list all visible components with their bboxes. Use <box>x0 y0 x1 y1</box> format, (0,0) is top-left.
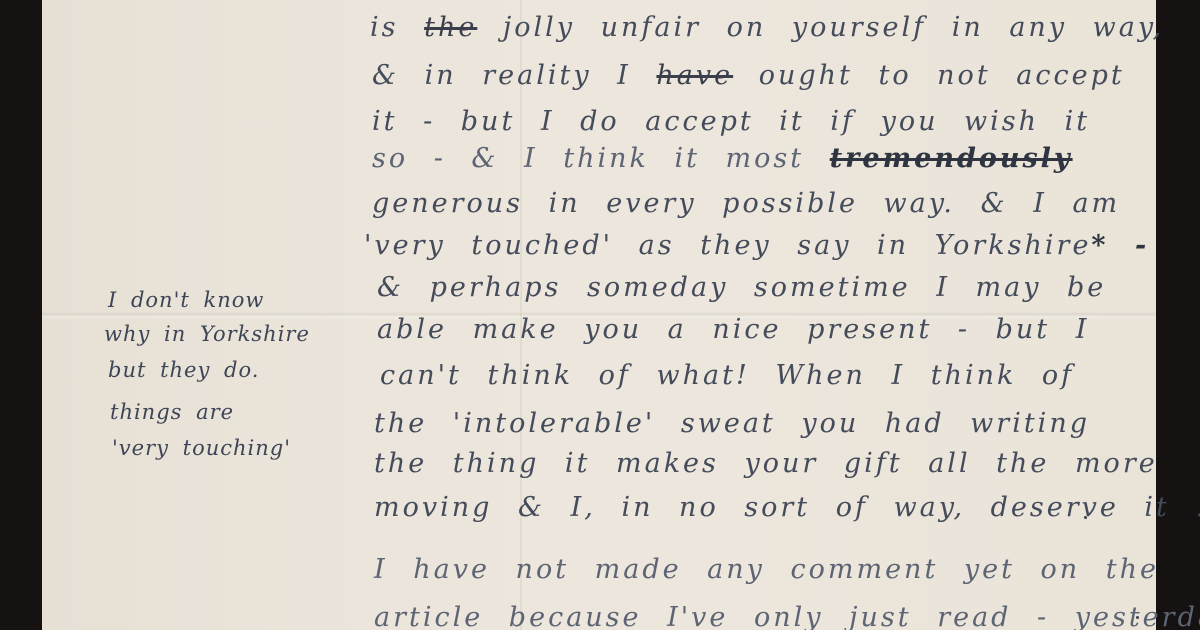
letter-line-11: the thing it makes your gift all the mor… <box>374 450 1158 477</box>
margin-note-line-4: things are <box>110 402 234 423</box>
letter-line-6: 'very touched' as they say in Yorkshire*… <box>364 232 1149 259</box>
struck-word: have <box>656 60 733 91</box>
letter-line-7: & perhaps someday sometime I may be <box>377 274 1106 301</box>
margin-note-line-3: but they do. <box>108 360 259 381</box>
letter-line-12: moving & I, in no sort of way, deserve i… <box>374 494 1200 521</box>
asterisk-mark: * - <box>1091 230 1149 261</box>
letter-line-8: able make you a nice present - but I <box>377 316 1089 343</box>
letter-line-5: generous in every possible way. & I am <box>372 190 1120 217</box>
letter-line-14: article because I've only just read - ye… <box>374 604 1200 630</box>
letter-line-3: it - but I do accept it if you wish it <box>372 108 1090 135</box>
struck-word: the <box>424 12 477 43</box>
letter-line-10: the 'intolerable' sweat you had writing <box>374 410 1090 437</box>
ink-speck <box>1097 32 1100 35</box>
letter-line-9: can't think of what! When I think of <box>380 362 1074 389</box>
ink-speck <box>1084 516 1087 519</box>
underlined-word: just <box>849 602 911 630</box>
margin-note-line-2: why in Yorkshire <box>104 324 310 345</box>
margin-note-line-1: I don't know <box>108 290 264 311</box>
scan-frame: is the jolly unfair on yourself in any w… <box>0 0 1200 630</box>
margin-note-line-5: 'very touching' <box>112 438 291 459</box>
letter-line-13: I have not made any comment yet on the <box>374 556 1159 583</box>
letter-line-1: is the jolly unfair on yourself in any w… <box>370 14 1164 41</box>
letter-line-2: & in reality I have ought to not accept <box>372 62 1125 89</box>
letter-line-4: so - & I think it most tremendously <box>372 145 1073 172</box>
emphasized-word: tremendously <box>830 143 1073 174</box>
letter-page: is the jolly unfair on yourself in any w… <box>42 0 1156 630</box>
ink-speck <box>1136 616 1139 619</box>
